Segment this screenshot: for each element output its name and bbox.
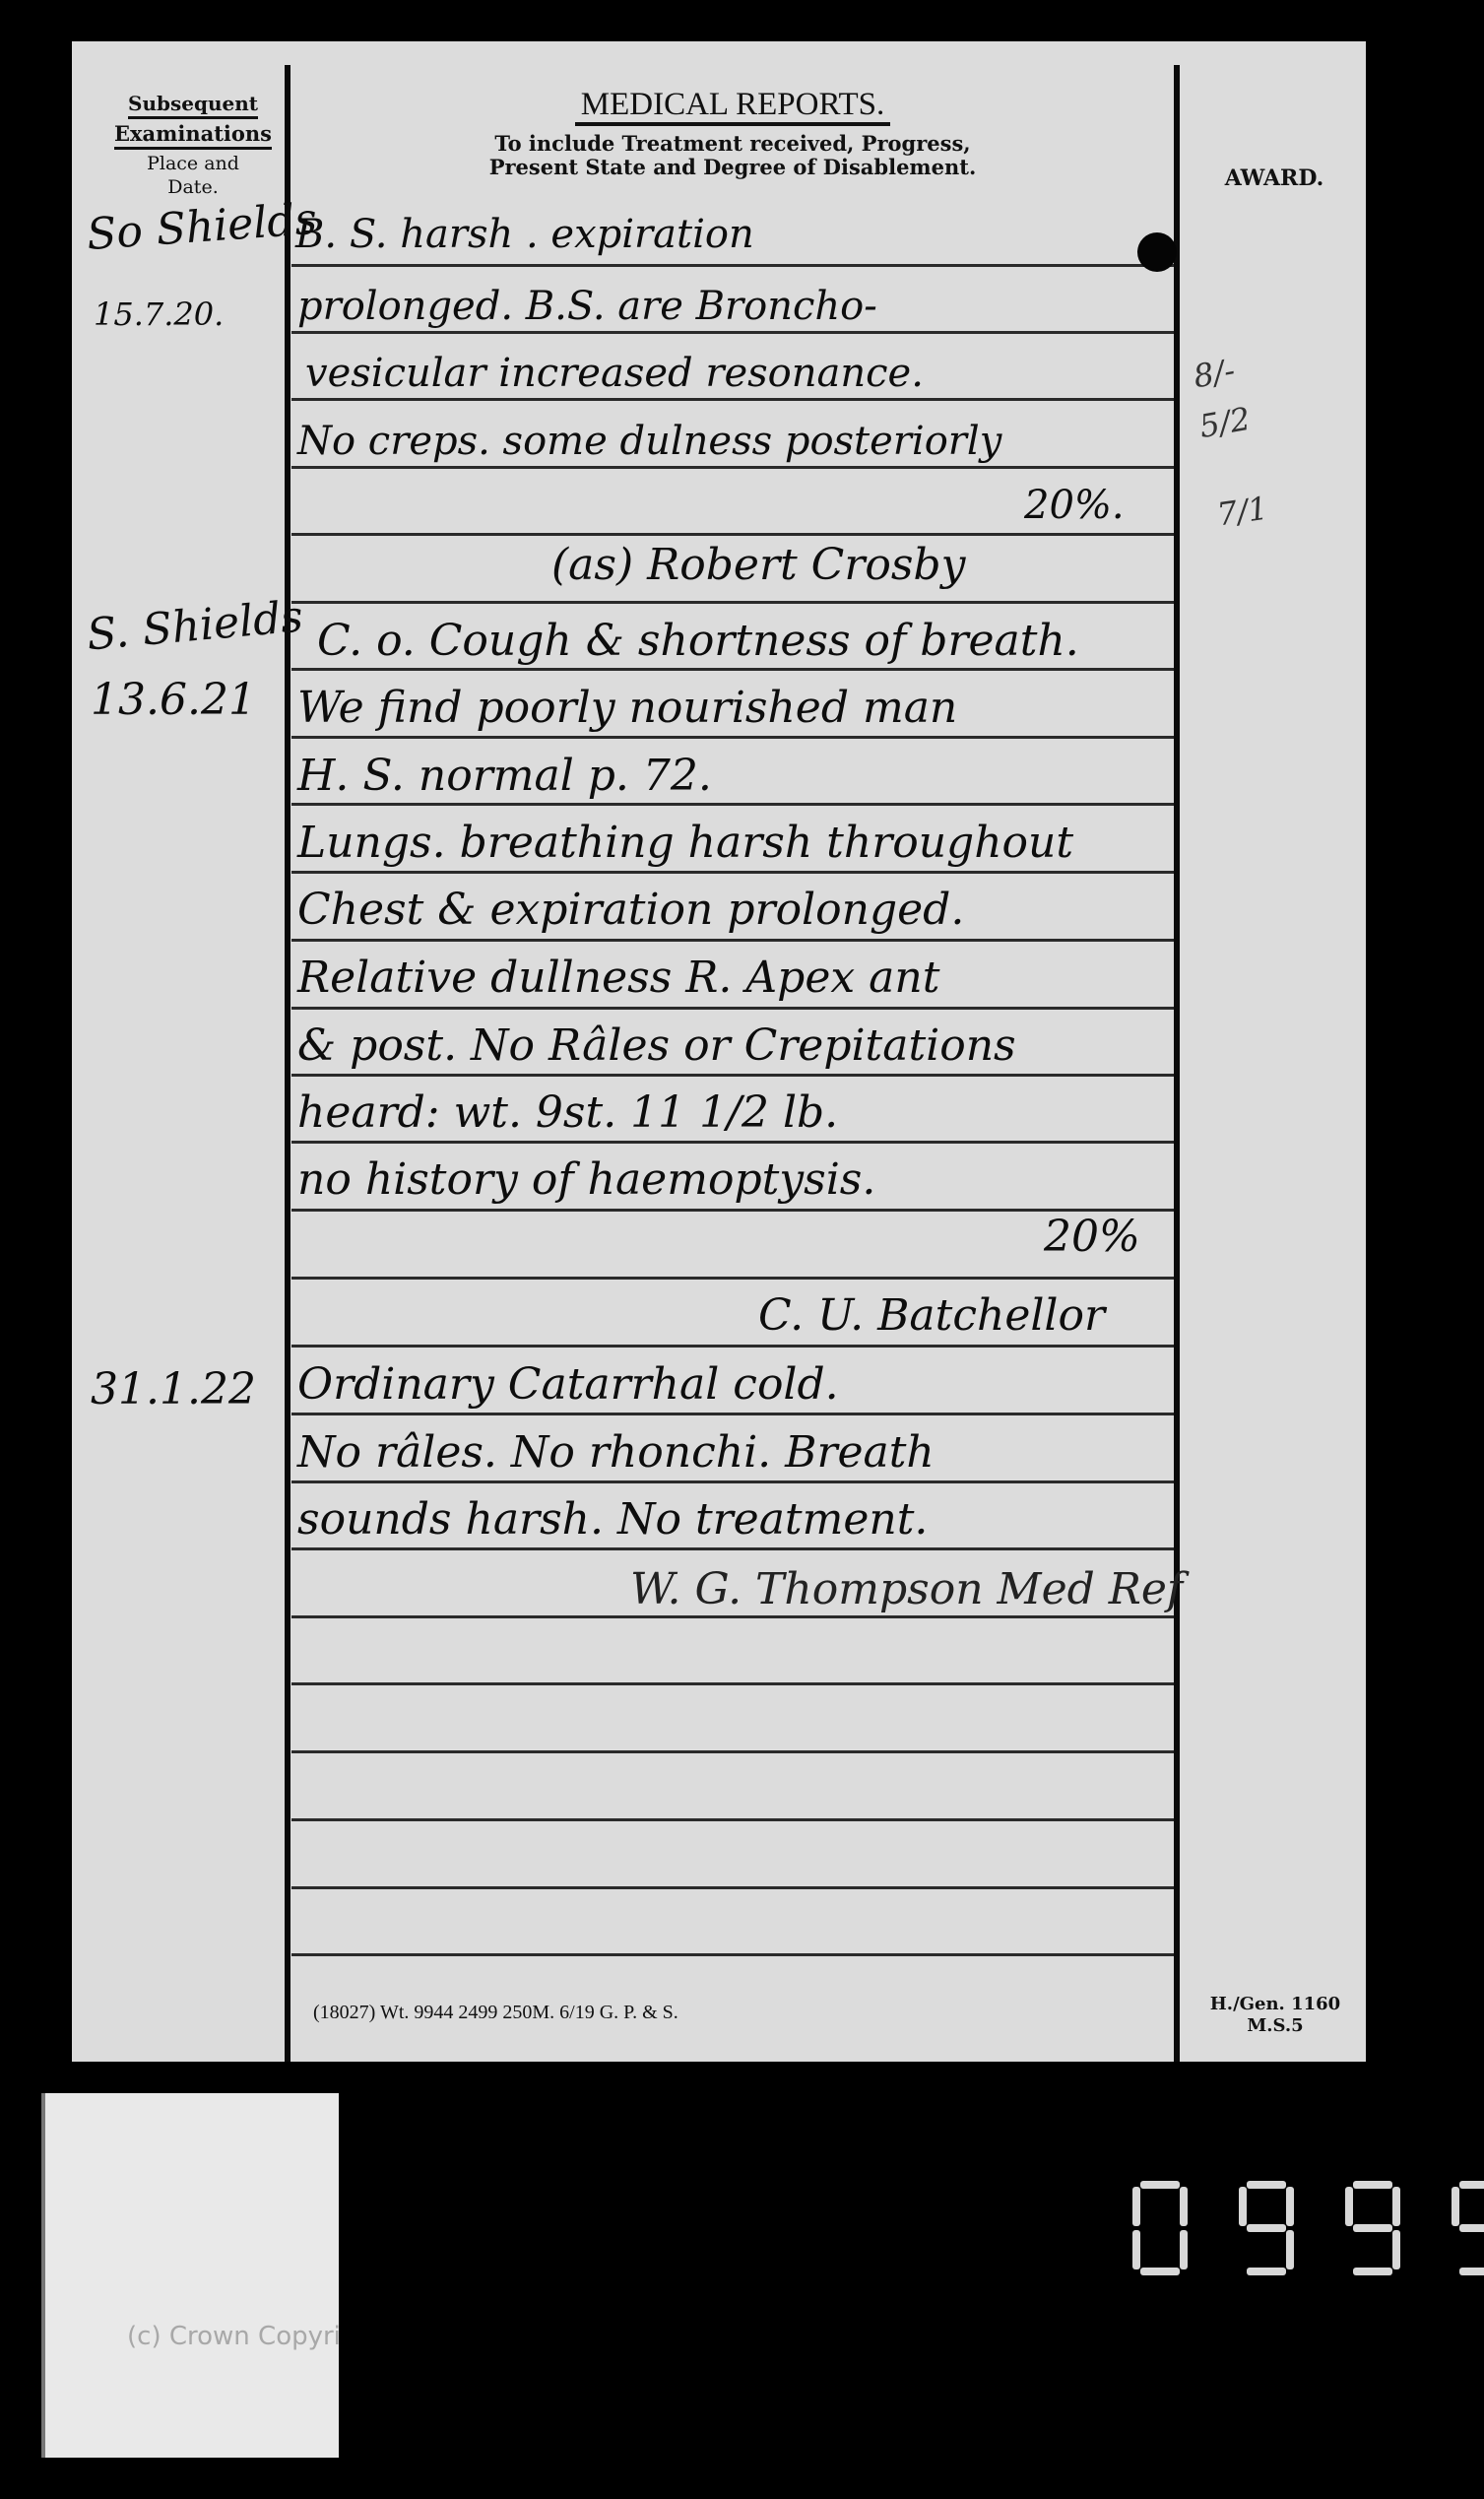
ruled-line	[291, 1141, 1174, 1144]
entry-2-date: 13.6.21	[91, 675, 256, 725]
ruled-line	[291, 736, 1174, 739]
counter-digit-5: 5	[1452, 2181, 1484, 2275]
form-number: H./Gen. 1160 M.S.5	[1187, 1994, 1364, 2037]
entry-2-line-3: H. S. normal p. 72.	[297, 751, 712, 801]
entry-2-line-9: no history of haemoptysis.	[297, 1154, 875, 1205]
ruled-line	[291, 1074, 1174, 1077]
blank-target-card: (c) Crown Copyri	[41, 2093, 339, 2458]
award-value-3: 7/1	[1215, 490, 1270, 534]
entry-1-signature: (as) Robert Crosby	[551, 540, 965, 590]
entry-1-line-1: B. S. harsh . expiration	[295, 212, 754, 257]
ruled-line	[291, 1886, 1174, 1889]
ruled-line	[291, 1413, 1174, 1415]
header-place-and: Place and	[106, 154, 280, 173]
ruled-line	[291, 803, 1174, 806]
award-header: AWARD.	[1183, 165, 1366, 191]
copyright-watermark: (c) Crown Copyri	[127, 2322, 339, 2351]
entry-2-percent: 20%	[1044, 1212, 1140, 1262]
counter-digit-0: 0	[1132, 2181, 1188, 2275]
punch-hole	[1137, 232, 1177, 272]
ruled-line	[291, 1209, 1174, 1212]
ruled-line	[291, 1277, 1174, 1280]
entry-1-date: 15.7.20.	[94, 296, 224, 333]
entry-2-line-5: Chest & expiration prolonged.	[297, 885, 964, 935]
entry-2-line-7: & post. No Râles or Crepitations	[297, 1020, 1016, 1071]
entry-3-line-2: No râles. No rhonchi. Breath	[297, 1427, 935, 1478]
ruled-line	[291, 1750, 1174, 1753]
medical-reports-header: MEDICAL REPORTS. To include Treatment re…	[291, 87, 1174, 179]
ruled-line	[291, 1682, 1174, 1685]
entry-3-line-3: sounds harsh. No treatment.	[297, 1494, 928, 1545]
left-column-divider	[285, 65, 290, 2062]
ruled-line	[291, 1345, 1174, 1348]
entry-2-line-2: We find poorly nourished man	[297, 683, 957, 733]
entry-2-line-6: Relative dullness R. Apex ant	[297, 953, 939, 1003]
ruled-line	[291, 1007, 1174, 1010]
subtitle-line-2: Present State and Degree of Disablement.	[291, 156, 1174, 179]
ruled-line	[291, 264, 1174, 267]
entry-1-percent: 20%.	[1024, 483, 1125, 528]
form-number-line-2: M.S.5	[1187, 2015, 1364, 2037]
entry-2-line-1: C. o. Cough & shortness of breath.	[317, 616, 1079, 666]
entry-1-line-4: No creps. some dulness posteriorly	[297, 419, 1001, 464]
header-subsequent: Subsequent	[128, 92, 258, 119]
ruled-line	[291, 466, 1174, 469]
header-date: Date.	[106, 177, 280, 197]
ruled-line	[291, 1818, 1174, 1821]
right-column-divider	[1174, 65, 1180, 2062]
page-title: MEDICAL REPORTS.	[575, 87, 891, 126]
entry-1-line-2: prolonged. B.S. are Broncho-	[297, 284, 877, 329]
entry-1-line-3: vesicular increased resonance.	[305, 351, 924, 396]
entry-2-line-4: Lungs. breathing harsh throughout	[297, 818, 1073, 868]
ruled-line	[291, 331, 1174, 334]
subtitle-line-1: To include Treatment received, Progress,	[291, 132, 1174, 156]
form-number-line-1: H./Gen. 1160	[1187, 1994, 1364, 2015]
ruled-line	[291, 668, 1174, 671]
award-value-1: 8/-	[1191, 352, 1238, 396]
ruled-line	[291, 1547, 1174, 1550]
entry-3-line-1: Ordinary Catarrhal cold.	[297, 1359, 839, 1410]
entry-2-signature: C. U. Batchellor	[758, 1290, 1105, 1341]
printer-imprint: (18027) Wt. 9944 2499 250M. 6/19 G. P. &…	[313, 2002, 678, 2024]
entry-3-signature: W. G. Thompson Med Ref	[630, 1564, 1183, 1614]
counter-digit-9: 9	[1239, 2181, 1294, 2275]
entry-3-date: 31.1.22	[91, 1364, 256, 1414]
ruled-line	[291, 939, 1174, 942]
ruled-line	[291, 533, 1174, 536]
ruled-line	[291, 1953, 1174, 1956]
header-examinations: Examinations	[114, 121, 272, 150]
counter-digit-9: 9	[1345, 2181, 1400, 2275]
entry-2-line-8: heard: wt. 9st. 11 1/2 lb.	[297, 1087, 838, 1138]
ruled-line	[291, 1615, 1174, 1618]
subsequent-examinations-header: Subsequent Examinations Place and Date.	[106, 92, 280, 197]
ruled-line	[291, 601, 1174, 604]
ruled-line	[291, 398, 1174, 401]
ruled-line	[291, 1480, 1174, 1483]
frame-counter: 0 9 9 5	[1132, 2181, 1484, 2275]
ruled-line	[291, 871, 1174, 874]
